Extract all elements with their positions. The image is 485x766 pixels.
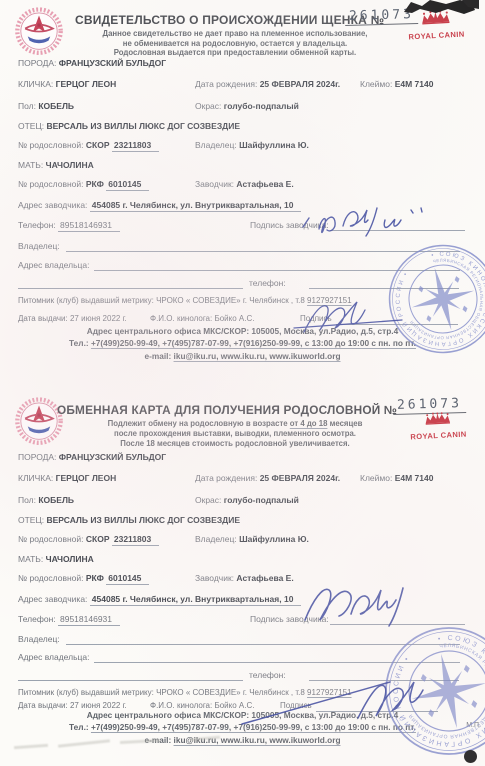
dam-reg-number: 6010145 <box>106 179 149 191</box>
breeder-signature <box>295 196 445 240</box>
owner-value: Шайфуллина Ю. <box>239 534 309 544</box>
sex-label: Пол: <box>18 101 36 111</box>
office-tel-label: Тел.: <box>69 722 91 732</box>
issue-date-label: Дата выдачи: <box>18 314 68 323</box>
breed-value: ФРАНЦУЗСКИЙ БУЛЬДОГ <box>59 452 166 462</box>
breeder-label: Заводчик: <box>195 179 234 189</box>
birth-label: Дата рождения: <box>195 473 257 483</box>
sire-label: ОТЕЦ: <box>18 121 44 131</box>
exchange-disclaimer-line-2: после прохождения выставки, выводки, пле… <box>55 429 415 439</box>
exchange-disclaimer: Подлежит обмену на родословную в возраст… <box>55 419 415 449</box>
owner-address-label: Адрес владельца: <box>18 260 89 270</box>
dam-row: МАТЬ: ЧАЧОЛИНА <box>18 160 473 173</box>
breed-value: ФРАНЦУЗСКИЙ БУЛЬДОГ <box>59 58 166 68</box>
disclaimer-line-3: Родословная выдается при предоставлении … <box>55 48 415 58</box>
scanned-certificate-page: СВИДЕТЕЛЬСТВО О ПРОИСХОЖДЕНИИ ЩЕНКА № 26… <box>0 0 485 766</box>
owner-phone-label: телефон: <box>249 278 286 288</box>
name-label: КЛИЧКА: <box>18 79 53 89</box>
breed-label: ПОРОДА: <box>18 58 56 68</box>
breeder-address-value: 454085 г. Челябинск, ул. Внутриквартальн… <box>90 594 302 606</box>
office-email-label: e-mail: <box>144 351 173 361</box>
sire-pedigree-row: № родословной: СКОР 23211803 Владелец: Ш… <box>18 534 473 547</box>
color-label: Окрас: <box>195 495 221 505</box>
sire-reg-org: СКОР <box>86 140 110 150</box>
sire-value: ВЕРСАЛЬ ИЗ ВИЛЛЫ ЛЮКС ДОГ СОЗВЕЗДИЕ <box>47 515 241 525</box>
dam-pedigree-label: № родословной: <box>18 179 84 189</box>
birth-label: Дата рождения: <box>195 79 257 89</box>
exchange-d1-post: месяцев <box>327 419 362 428</box>
sire-reg-number: 23211803 <box>112 534 159 546</box>
disclaimer-line-1: Данное свидетельство не дает право на пл… <box>55 29 415 39</box>
phone-label: Телефон: <box>18 220 56 230</box>
brandmark-label: Клеймо: <box>360 79 392 89</box>
name-row: КЛИЧКА: ГЕРЦОГ ЛЕОН Дата рождения: 25 ФЕ… <box>18 79 473 92</box>
kennel-label: Питомник (клуб) выдавший метрику: <box>18 688 154 697</box>
dam-row: МАТЬ: ЧАЧОЛИНА <box>18 554 473 567</box>
owner-phone-line-left <box>18 288 243 289</box>
exchange-card-title: ОБМЕННАЯ КАРТА ДЛЯ ПОЛУЧЕНИЯ РОДОСЛОВНОЙ… <box>57 403 397 417</box>
sire-reg-number: 23211803 <box>112 140 159 152</box>
exchange-disclaimer-line-1: Подлежит обмену на родословную в возраст… <box>55 419 415 429</box>
breeder-address-label: Адрес заводчика: <box>18 594 87 604</box>
sire-pedigree-label: № родословной: <box>18 534 84 544</box>
scan-dot-artifact <box>464 750 477 763</box>
owner-blank-label: Владелец: <box>18 241 60 251</box>
color-value: голубо-подпалый <box>224 495 299 505</box>
disclaimer-line-2: не обменивается на родословную, остается… <box>55 39 415 49</box>
office-tel-numbers: +7(499)250-99-49, +7(495)787-07-99, +7(9… <box>91 338 416 348</box>
dam-pedigree-label: № родословной: <box>18 573 84 583</box>
royal-canin-crown-icon <box>420 411 455 426</box>
sire-pedigree-label: № родословной: <box>18 140 84 150</box>
breeder-label: Заводчик: <box>195 573 234 583</box>
issue-date-value: 27 июня 2022 г. <box>70 701 127 710</box>
phone-label: Телефон: <box>18 614 56 624</box>
dam-pedigree-row: № родословной: РКФ 6010145 Заводчик: Аст… <box>18 179 473 192</box>
exchange-d1-pre: Подлежит обмену на родословную в возраст… <box>108 419 290 428</box>
sire-pedigree-row: № родословной: СКОР 23211803 Владелец: Ш… <box>18 140 473 153</box>
breed-row: ПОРОДА: ФРАНЦУЗСКИЙ БУЛЬДОГ <box>18 58 473 71</box>
dam-value: ЧАЧОЛИНА <box>46 554 94 564</box>
owner-blank-label: Владелец: <box>18 634 60 644</box>
dam-label: МАТЬ: <box>18 160 43 170</box>
issue-date-label: Дата выдачи: <box>18 701 68 710</box>
dam-value: ЧАЧОЛИНА <box>46 160 94 170</box>
exchange-disclaimer-line-3: После 18 месяцев стоимость родословной у… <box>55 439 415 449</box>
sire-value: ВЕРСАЛЬ ИЗ ВИЛЛЫ ЛЮКС ДОГ СОЗВЕЗДИЕ <box>47 121 241 131</box>
color-label: Окрас: <box>195 101 221 111</box>
breeder-value: Астафьева Е. <box>236 179 293 189</box>
exchange-d1-underlined: от 4 до 18 <box>290 419 328 428</box>
cynologist-value: Бойко А.С. <box>214 314 254 323</box>
breed-row: ПОРОДА: ФРАНЦУЗСКИЙ БУЛЬДОГ <box>18 452 473 465</box>
brandmark-value: Е4М 7140 <box>395 473 434 483</box>
birth-value: 25 ФЕВРАЛЯ 2024г. <box>260 79 340 89</box>
certificate-title: СВИДЕТЕЛЬСТВО О ПРОИСХОЖДЕНИИ ЩЕНКА № <box>75 13 384 27</box>
issue-date-value: 27 июня 2022 г. <box>70 314 127 323</box>
office-tel-label: Тел.: <box>69 338 91 348</box>
name-label: КЛИЧКА: <box>18 473 53 483</box>
sire-reg-org: СКОР <box>86 534 110 544</box>
dam-reg-number: 6010145 <box>106 573 149 585</box>
sex-row: Пол: КОБЕЛЬ Окрас: голубо-подпалый <box>18 101 473 114</box>
phone-value: 89518146931 <box>58 614 120 626</box>
kennel-value: ЧРОКО « СОВЕЗДИЕ» г. Челябинск , т.8 <box>156 296 307 305</box>
kennel-label: Питомник (клуб) выдавший метрику: <box>18 296 154 305</box>
owner-value: Шайфуллина Ю. <box>239 140 309 150</box>
breeder-address-value: 454085 г. Челябинск, ул. Внутриквартальн… <box>90 200 302 212</box>
sex-label: Пол: <box>18 495 36 505</box>
phone-value: 89518146931 <box>58 220 120 232</box>
office-email-value: iku@iku.ru, www.iku.ru, www.ikuworld.org <box>174 351 341 361</box>
breed-label: ПОРОДА: <box>18 452 56 462</box>
breeder-address-label: Адрес заводчика: <box>18 200 87 210</box>
cynologist-signature <box>240 672 470 742</box>
sex-row: Пол: КОБЕЛЬ Окрас: голубо-подпалый <box>18 495 473 508</box>
owner-label: Владелец: <box>195 534 237 544</box>
dam-label: МАТЬ: <box>18 554 43 564</box>
owner-phone-line-left <box>18 680 243 681</box>
dam-reg-org: РКФ <box>86 179 104 189</box>
color-value: голубо-подпалый <box>224 101 299 111</box>
owner-address-label: Адрес владельца: <box>18 652 89 662</box>
scan-artifact-blob <box>402 0 480 18</box>
brandmark-value: Е4М 7140 <box>395 79 434 89</box>
certificate-disclaimer: Данное свидетельство не дает право на пл… <box>55 29 415 58</box>
breeder-value: Астафьева Е. <box>236 573 293 583</box>
name-row: КЛИЧКА: ГЕРЦОГ ЛЕОН Дата рождения: 25 ФЕ… <box>18 473 473 486</box>
name-value: ГЕРЦОГ ЛЕОН <box>56 79 117 89</box>
breeder-signature <box>295 580 465 635</box>
brandmark-label: Клеймо: <box>360 473 392 483</box>
cynologist-label: Ф.И.О. кинолога: <box>150 701 212 710</box>
sire-label: ОТЕЦ: <box>18 515 44 525</box>
birth-value: 25 ФЕВРАЛЯ 2024г. <box>260 473 340 483</box>
cynologist-signature <box>290 298 420 338</box>
owner-label: Владелец: <box>195 140 237 150</box>
sex-value: КОБЕЛЬ <box>38 495 74 505</box>
sex-value: КОБЕЛЬ <box>38 101 74 111</box>
name-value: ГЕРЦОГ ЛЕОН <box>56 473 117 483</box>
exchange-card-section: ОБМЕННАЯ КАРТА ДЛЯ ПОЛУЧЕНИЯ РОДОСЛОВНОЙ… <box>0 388 485 766</box>
sire-row: ОТЕЦ: ВЕРСАЛЬ ИЗ ВИЛЛЫ ЛЮКС ДОГ СОЗВЕЗДИ… <box>18 121 473 134</box>
sire-row: ОТЕЦ: ВЕРСАЛЬ ИЗ ВИЛЛЫ ЛЮКС ДОГ СОЗВЕЗДИ… <box>18 515 473 528</box>
dam-reg-org: РКФ <box>86 573 104 583</box>
certificate-section: СВИДЕТЕЛЬСТВО О ПРОИСХОЖДЕНИИ ЩЕНКА № 26… <box>0 0 485 388</box>
cynologist-label: Ф.И.О. кинолога: <box>150 314 212 323</box>
